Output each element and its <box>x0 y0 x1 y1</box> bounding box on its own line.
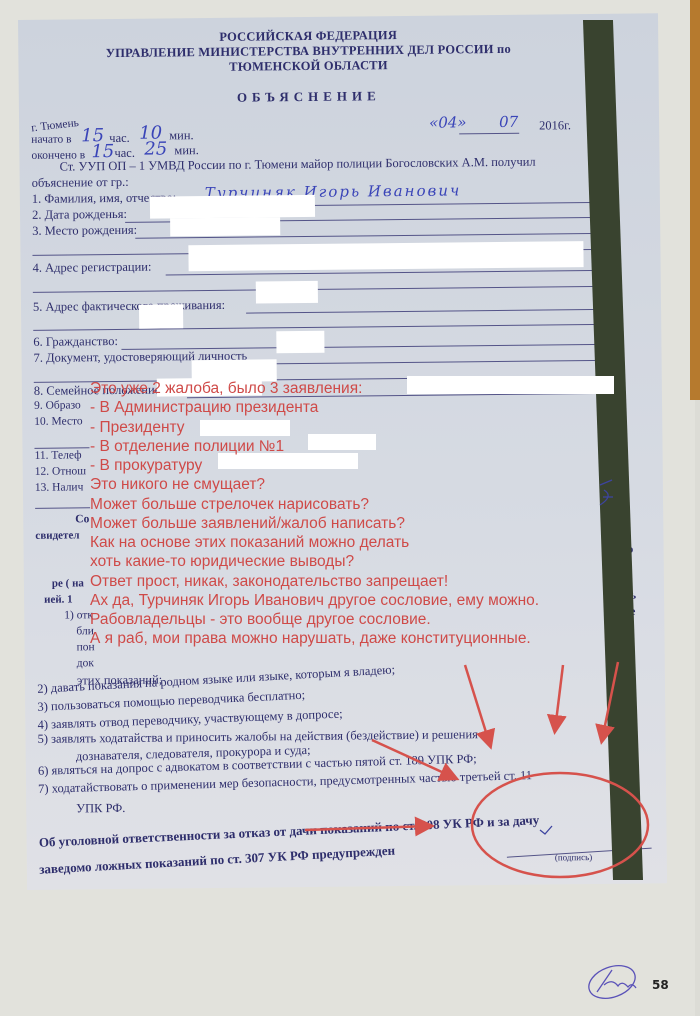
highlight-circle <box>472 773 648 877</box>
arrow-icon <box>372 740 455 778</box>
arrow-icon <box>465 665 490 745</box>
annotation-arrows <box>0 0 700 1016</box>
signature-icon <box>584 960 639 1005</box>
arrow-icon <box>555 665 563 730</box>
arrow-icon <box>305 826 430 830</box>
initials-icon <box>540 480 613 834</box>
page-number: 58 <box>652 978 669 992</box>
arrow-icon <box>602 662 618 740</box>
